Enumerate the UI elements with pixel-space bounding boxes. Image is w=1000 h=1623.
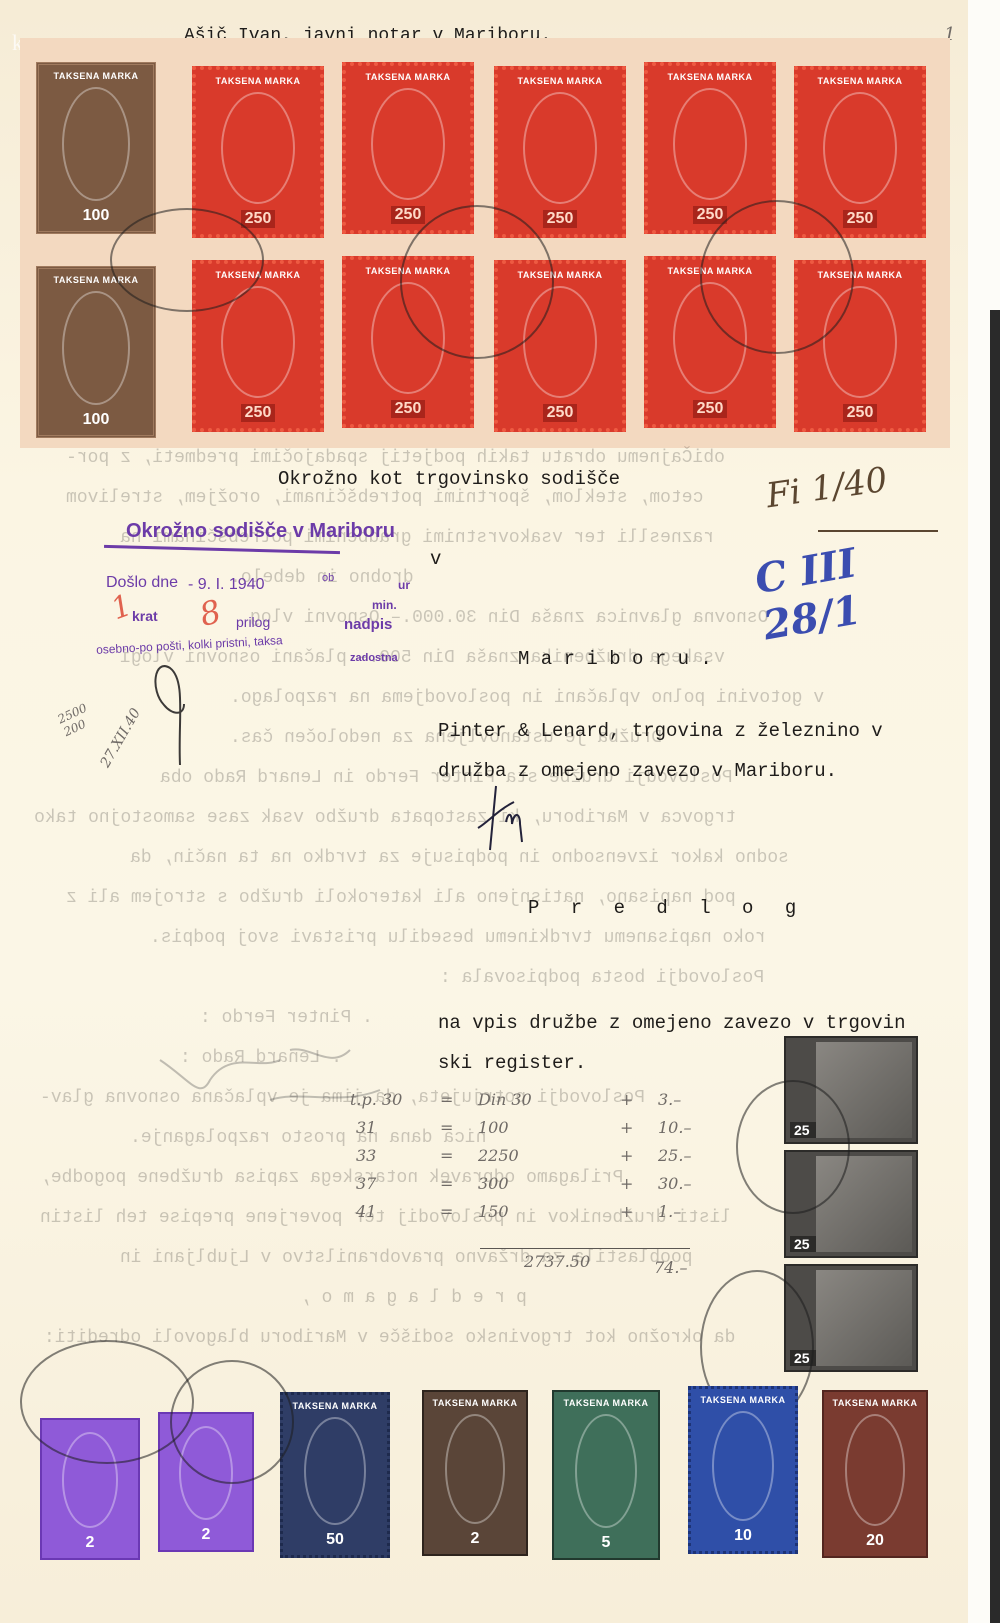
revenue-stamp-5: TAKSENA MARKA 5 <box>552 1390 660 1560</box>
revenue-stamp-20: TAKSENA MARKA 20 <box>822 1390 928 1558</box>
min-label: min. <box>372 598 397 612</box>
eagle-emblem-icon <box>845 1414 905 1526</box>
stamp-value: 20 <box>862 1532 888 1550</box>
subject-line-1: na vpis družbe z omejeno zavezo v trgovi… <box>438 1012 905 1034</box>
addressee-v: v <box>430 548 441 570</box>
justice-figure-icon <box>816 1270 912 1366</box>
stamp-label: TAKSENA MARKA <box>54 71 139 81</box>
krat-label: krat <box>132 608 158 624</box>
fee-item: t.p. 30 <box>350 1090 402 1109</box>
subject-line-2: ski register. <box>438 1052 586 1074</box>
eagle-emblem-icon <box>575 1414 637 1528</box>
revenue-stamp-100-dinara: TAKSENA MARKA 100 <box>36 62 156 234</box>
stamp-value: 250 <box>241 210 276 228</box>
prilog-label: prilog <box>236 614 270 630</box>
postmark <box>170 1360 294 1484</box>
fee-base: 300 <box>478 1174 509 1193</box>
fee-base: 150 <box>478 1202 509 1221</box>
postmark <box>736 1080 850 1214</box>
fee-total-rule <box>480 1248 690 1249</box>
initials-signature <box>150 660 210 770</box>
fee-total-base: 2737.50 <box>524 1252 590 1271</box>
postmark <box>700 200 854 354</box>
stamp-value: 2 <box>198 1526 215 1544</box>
stamp-label: TAKSENA MARKA <box>818 76 903 86</box>
page-edge <box>968 0 1000 1623</box>
fee-equals: = <box>440 1202 453 1221</box>
postmark <box>110 208 264 312</box>
stamp-value: 100 <box>79 207 114 225</box>
stamp-label: TAKSENA MARKA <box>433 1398 518 1408</box>
fee-extra: 1.– <box>658 1202 681 1221</box>
eagle-emblem-icon <box>371 88 445 200</box>
revenue-stamp-10: TAKSENA MARKA 10 <box>688 1386 798 1554</box>
ghost-line: cetom, steklom, športnimi potrebščinami,… <box>66 488 703 508</box>
stamp-label: TAKSENA MARKA <box>293 1401 378 1411</box>
applicant-line-2: družba z omejeno zavezo v Mariboru. <box>438 760 837 782</box>
document-page: kamra Ašič Ivan, javni notar v Mariboru.… <box>0 0 968 1623</box>
stamp-value: 50 <box>322 1531 348 1549</box>
nadpis-label: nadpis <box>344 616 392 633</box>
eagle-emblem-icon <box>712 1411 774 1521</box>
stamp-label: TAKSENA MARKA <box>518 76 603 86</box>
stamp-value: 100 <box>79 411 114 429</box>
stamp-value: 250 <box>543 404 578 422</box>
stamp-footer-end: zadostna <box>350 652 398 664</box>
ghost-line: p r e d l a g a m o , <box>300 1288 527 1308</box>
court-stamp-title: Okrožno sodišče v Mariboru <box>126 520 395 543</box>
stamp-value: 250 <box>391 206 426 224</box>
pencil-note-amounts: 2500 200 <box>56 701 96 739</box>
ghost-line: v gotovini polno vplačani in poslovodjem… <box>230 688 824 708</box>
stamp-value: 25 <box>790 1236 816 1252</box>
stamp-value: 2 <box>82 1534 99 1552</box>
eagle-emblem-icon <box>221 286 295 398</box>
postmark <box>400 205 554 359</box>
eagle-emblem-icon <box>221 92 295 204</box>
eagle-emblem-icon <box>445 1414 505 1524</box>
signature-mark <box>476 782 546 852</box>
ghost-line: da okrožno kot trgovinsko sodišče v Mari… <box>44 1328 735 1348</box>
fee-base: 100 <box>478 1118 509 1137</box>
stamp-label: TAKSENA MARKA <box>833 1398 918 1408</box>
fee-total-extra: 74.– <box>654 1258 687 1277</box>
fee-base: 2250 <box>478 1146 519 1165</box>
eagle-emblem-icon <box>304 1417 366 1525</box>
postmark <box>20 1340 194 1464</box>
stamp-value: 250 <box>843 210 878 228</box>
fee-plus: + <box>620 1118 633 1137</box>
ghost-line: trgovca v Mariboru, ki zastopata družbo … <box>34 808 736 828</box>
case-number-fi: Fi 1/40 <box>764 460 890 517</box>
received-date: - 9. I. 1940 <box>188 576 265 594</box>
stamp-value: 250 <box>843 404 878 422</box>
fee-equals: = <box>440 1174 453 1193</box>
fee-extra: 25.– <box>658 1146 691 1165</box>
eagle-emblem-icon <box>523 92 597 204</box>
eagle-emblem-icon <box>62 87 130 201</box>
fee-item: 37 <box>356 1174 376 1193</box>
ghost-line: obiČajnemu obratu takih podjetij spadajo… <box>66 448 725 468</box>
ghost-line: Osnovna glavnica znaša Din 30.000.– Osno… <box>250 608 768 628</box>
stamp-value: 5 <box>598 1534 615 1552</box>
addressee-city: M a r i b o r u . <box>518 648 712 670</box>
revenue-stamp-250-dinara: TAKSENA MARKA 250 <box>494 66 626 238</box>
stamp-label: TAKSENA MARKA <box>564 1398 649 1408</box>
stamp-value: 2 <box>467 1530 484 1548</box>
fee-equals: = <box>440 1090 453 1109</box>
applicant-line-1: Pinter & Lenard, trgovina z železnino v <box>438 720 883 742</box>
ghost-line: pooblastila za državno pravobranilstvo v… <box>120 1248 693 1268</box>
case-number-c: C III 28/1 <box>751 520 974 649</box>
stamp-label: TAKSENA MARKA <box>668 72 753 82</box>
stamp-value: 250 <box>693 400 728 418</box>
stamp-label: TAKSENA MARKA <box>701 1395 786 1405</box>
prilog-handwritten-value: 8 <box>195 592 225 634</box>
fee-equals: = <box>440 1146 453 1165</box>
fee-equals: = <box>440 1118 453 1137</box>
fee-item: 31 <box>356 1118 376 1137</box>
pencil-note-date: 27.XII.40 <box>97 706 144 771</box>
document-heading: P r e d l o g <box>528 897 806 919</box>
ghost-line: Poslovodji bosta podpisovala : <box>440 968 764 988</box>
revenue-stamp-50: TAKSENA MARKA 50 <box>280 1392 390 1558</box>
fee-base: Din 30 <box>478 1090 532 1109</box>
revenue-stamp-2: TAKSENA MARKA 2 <box>422 1390 528 1556</box>
stamp-value: 10 <box>730 1527 756 1545</box>
ghost-line: . Pinter Ferdo : <box>200 1008 373 1028</box>
krat-handwritten-value: 1 <box>107 588 137 627</box>
fee-plus: + <box>620 1090 633 1109</box>
ghost-line: Prilagamo odpravek notarskega zapisa dru… <box>40 1168 623 1188</box>
ghost-line: sodno kakor izvensodno in podpisuje za t… <box>130 848 789 868</box>
ob-label: ob <box>322 572 334 584</box>
fee-plus: + <box>620 1174 633 1193</box>
addressee-court: Okrožno kot trgovinsko sodišče <box>278 468 620 490</box>
fee-item: 41 <box>356 1202 376 1221</box>
fee-extra: 10.– <box>658 1118 691 1137</box>
stamp-label: TAKSENA MARKA <box>366 72 451 82</box>
eagle-emblem-icon <box>823 92 897 204</box>
fee-extra: 3.– <box>658 1090 681 1109</box>
fee-plus: + <box>620 1202 633 1221</box>
stamp-label: TAKSENA MARKA <box>216 76 301 86</box>
stamp-value: 250 <box>543 210 578 228</box>
stamp-value: 250 <box>241 404 276 422</box>
fee-plus: + <box>620 1146 633 1165</box>
fee-extra: 30.– <box>658 1174 691 1193</box>
stamp-value: 250 <box>391 400 426 418</box>
ur-label: ur <box>398 578 410 592</box>
eagle-emblem-icon <box>673 88 747 200</box>
eagle-emblem-icon <box>62 291 130 405</box>
ghost-line: nica dana na prosto razpolaganje. <box>130 1128 486 1148</box>
ghost-line: roko napisanemu tvrdkinemu besedilu pris… <box>150 928 766 948</box>
fee-item: 33 <box>356 1146 376 1165</box>
